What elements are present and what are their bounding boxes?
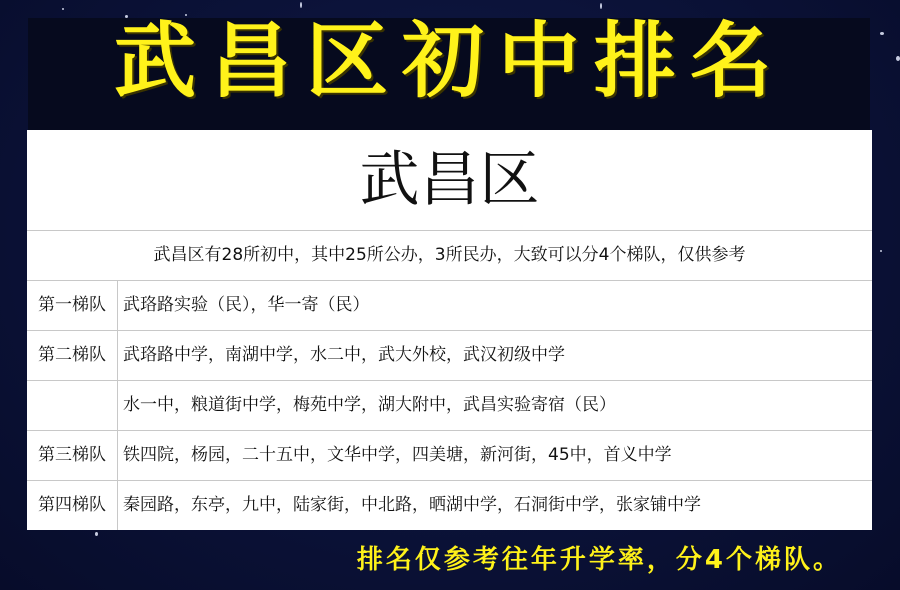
tier-label <box>27 381 118 430</box>
school-list: 武珞路实验（民），华一寄（民） <box>118 281 370 330</box>
table-row: 第一梯队 武珞路实验（民），华一寄（民） <box>27 281 872 331</box>
tier-label: 第一梯队 <box>27 281 118 330</box>
page-title: 武昌区初中排名 <box>0 14 900 110</box>
summary-text: 武昌区有28所初中，其中25所公办，3所民办，大致可以分4个梯队，仅供参考 <box>27 231 872 281</box>
school-list: 铁四院，杨园，二十五中，文华中学，四美塘，新河街，45中，首义中学 <box>118 431 672 480</box>
district-heading: 武昌区 <box>27 130 872 231</box>
footer-note: 排名仅参考往年升学率，分4个梯队。 <box>357 540 842 580</box>
tier-label: 第四梯队 <box>27 481 118 530</box>
school-list: 秦园路，东亭，九中，陆家街，中北路，晒湖中学，石洞街中学，张家铺中学 <box>118 481 701 530</box>
table-row: 水一中，粮道街中学，梅苑中学，湖大附中，武昌实验寄宿（民） <box>27 381 872 431</box>
tier-label: 第三梯队 <box>27 431 118 480</box>
school-list: 水一中，粮道街中学，梅苑中学，湖大附中，武昌实验寄宿（民） <box>118 381 616 430</box>
tier-label: 第二梯队 <box>27 331 118 380</box>
table-row: 第三梯队 铁四院，杨园，二十五中，文华中学，四美塘，新河街，45中，首义中学 <box>27 431 872 481</box>
table-row: 第二梯队 武珞路中学，南湖中学，水二中，武大外校，武汉初级中学 <box>27 331 872 381</box>
table-row: 第四梯队 秦园路，东亭，九中，陆家街，中北路，晒湖中学，石洞街中学，张家铺中学 <box>27 481 872 530</box>
ranking-table: 武昌区 武昌区有28所初中，其中25所公办，3所民办，大致可以分4个梯队，仅供参… <box>27 130 872 530</box>
school-list: 武珞路中学，南湖中学，水二中，武大外校，武汉初级中学 <box>118 331 565 380</box>
